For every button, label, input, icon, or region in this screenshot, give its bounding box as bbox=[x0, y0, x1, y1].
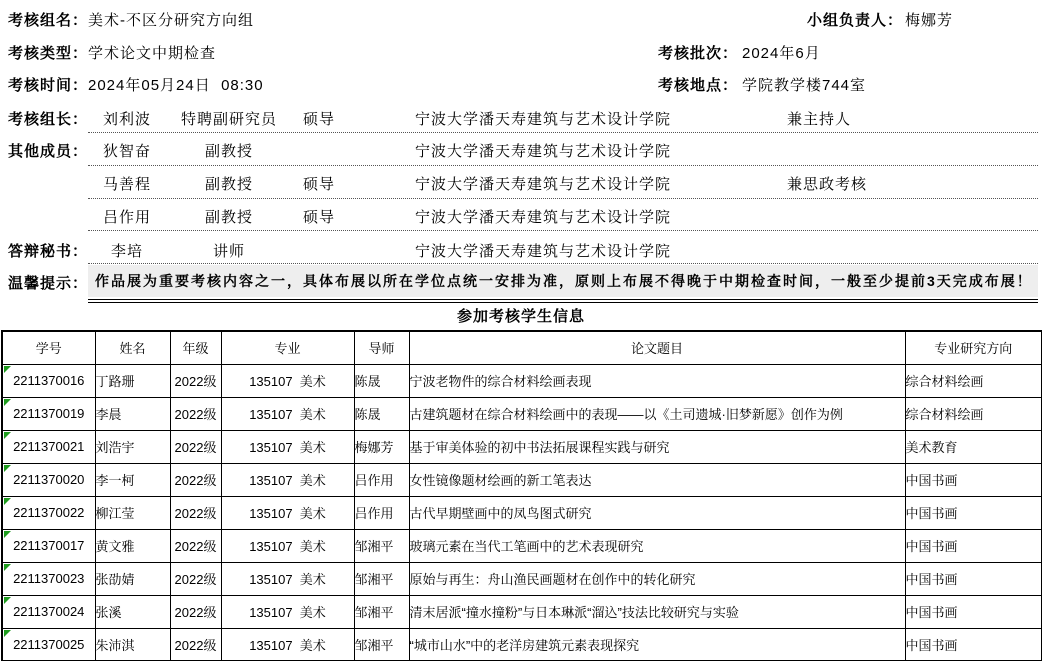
student-id-cell: 2211370019 bbox=[2, 397, 95, 430]
member-name: 刘利波 bbox=[87, 108, 167, 129]
table-row: 2211370023 张劭婧 2022级 135107 美术 邹湘平 原始与再生… bbox=[2, 562, 1042, 595]
dotted-divider bbox=[88, 263, 1038, 264]
committee-row: 吕作用 副教授 硕导 宁波大学潘天寿建筑与艺术设计学院 bbox=[0, 206, 1042, 228]
table-header-row: 学号 姓名 年级 专业 导师 论文题目 专业研究方向 bbox=[2, 331, 1042, 364]
student-name-cell: 刘浩宇 bbox=[95, 430, 170, 463]
advisor-cell: 吕作用 bbox=[354, 496, 409, 529]
research-field-cell: 中国书画 bbox=[905, 463, 1042, 496]
excel-flag-icon bbox=[4, 531, 11, 538]
dotted-divider bbox=[88, 198, 1038, 199]
thesis-title-cell: 清末居派“撞水撞粉”与日本琳派“溜込”技法比较研究与实验 bbox=[409, 595, 905, 628]
excel-flag-icon bbox=[4, 366, 11, 373]
major-cell: 135107 美术 bbox=[221, 496, 354, 529]
location-value: 学院教学楼744室 bbox=[742, 74, 866, 95]
grade-cell: 2022级 bbox=[170, 595, 221, 628]
research-field-cell: 中国书画 bbox=[905, 595, 1042, 628]
batch-label: 考核批次： bbox=[658, 42, 738, 63]
table-row: 2211370022 柳江莹 2022级 135107 美术 吕作用 古代早期壁… bbox=[2, 496, 1042, 529]
student-name-cell: 李一柯 bbox=[95, 463, 170, 496]
table-row: 2211370017 黄文雅 2022级 135107 美术 邹湘平 玻璃元素在… bbox=[2, 529, 1042, 562]
table-row: 2211370020 李一柯 2022级 135107 美术 吕作用 女性镜像题… bbox=[2, 463, 1042, 496]
col-header-student-id: 学号 bbox=[2, 331, 95, 364]
major-cell: 135107 美术 bbox=[221, 430, 354, 463]
member-college: 宁波大学潘天寿建筑与艺术设计学院 bbox=[415, 240, 671, 261]
major-cell: 135107 美术 bbox=[221, 628, 354, 661]
research-field-cell: 中国书画 bbox=[905, 529, 1042, 562]
research-field-cell: 综合材料绘画 bbox=[905, 364, 1042, 397]
excel-flag-icon bbox=[4, 564, 11, 571]
committee-row: 答辩秘书： 李培 讲师 宁波大学潘天寿建筑与艺术设计学院 bbox=[0, 240, 1042, 262]
advisor-cell: 邹湘平 bbox=[354, 562, 409, 595]
member-name: 李培 bbox=[87, 240, 167, 261]
student-id-cell: 2211370016 bbox=[2, 364, 95, 397]
student-name-cell: 柳江莹 bbox=[95, 496, 170, 529]
member-title: 副教授 bbox=[179, 173, 279, 194]
student-name-cell: 李晨 bbox=[95, 397, 170, 430]
batch-value: 2024年6月 bbox=[742, 42, 821, 63]
member-college: 宁波大学潘天寿建筑与艺术设计学院 bbox=[415, 173, 671, 194]
excel-flag-icon bbox=[4, 465, 11, 472]
student-id-cell: 2211370025 bbox=[2, 628, 95, 661]
dotted-divider bbox=[88, 230, 1038, 231]
member-supervisor: 硕导 bbox=[289, 173, 349, 194]
research-field-cell: 中国书画 bbox=[905, 628, 1042, 661]
type-value: 学术论文中期检查 bbox=[88, 42, 216, 63]
col-header-advisor: 导师 bbox=[354, 331, 409, 364]
table-row: 2211370019 李晨 2022级 135107 美术 陈晟 古建筑题材在综… bbox=[2, 397, 1042, 430]
leader-value: 梅娜芳 bbox=[905, 9, 953, 30]
group-name-value: 美术-不区分研究方向组 bbox=[88, 9, 254, 30]
advisor-cell: 梅娜芳 bbox=[354, 430, 409, 463]
student-name-cell: 朱沛淇 bbox=[95, 628, 170, 661]
grade-cell: 2022级 bbox=[170, 364, 221, 397]
leader-label: 小组负责人： bbox=[807, 9, 903, 30]
student-name-cell: 丁路珊 bbox=[95, 364, 170, 397]
major-cell: 135107 美术 bbox=[221, 364, 354, 397]
member-college: 宁波大学潘天寿建筑与艺术设计学院 bbox=[415, 108, 671, 129]
location-label: 考核地点： bbox=[658, 74, 738, 95]
member-title: 副教授 bbox=[179, 140, 279, 161]
student-id-cell: 2211370017 bbox=[2, 529, 95, 562]
member-title: 副教授 bbox=[179, 206, 279, 227]
excel-flag-icon bbox=[4, 597, 11, 604]
excel-flag-icon bbox=[4, 399, 11, 406]
grade-cell: 2022级 bbox=[170, 397, 221, 430]
col-header-major: 专业 bbox=[221, 331, 354, 364]
grade-cell: 2022级 bbox=[170, 463, 221, 496]
student-name-cell: 张劭婧 bbox=[95, 562, 170, 595]
group-name-label: 考核组名： bbox=[8, 9, 88, 30]
time-label: 考核时间： bbox=[8, 74, 88, 95]
member-extra-role: 兼主持人 bbox=[787, 108, 851, 129]
students-table: 学号 姓名 年级 专业 导师 论文题目 专业研究方向 2211370016 丁路… bbox=[1, 330, 1042, 661]
grade-cell: 2022级 bbox=[170, 430, 221, 463]
advisor-cell: 邹湘平 bbox=[354, 628, 409, 661]
advisor-cell: 吕作用 bbox=[354, 463, 409, 496]
member-extra-role: 兼思政考核 bbox=[787, 173, 867, 194]
thesis-title-cell: 原始与再生：舟山渔民画题材在创作中的转化研究 bbox=[409, 562, 905, 595]
member-supervisor: 硕导 bbox=[289, 206, 349, 227]
table-row: 2211370021 刘浩宇 2022级 135107 美术 梅娜芳 基于审美体… bbox=[2, 430, 1042, 463]
thesis-title-cell: 古代早期壁画中的凤鸟图式研究 bbox=[409, 496, 905, 529]
col-header-name: 姓名 bbox=[95, 331, 170, 364]
committee-role-label: 考核组长： bbox=[8, 108, 88, 129]
grade-cell: 2022级 bbox=[170, 529, 221, 562]
excel-flag-icon bbox=[4, 498, 11, 505]
student-id-cell: 2211370021 bbox=[2, 430, 95, 463]
notice-label: 温馨提示： bbox=[8, 272, 88, 293]
research-field-cell: 中国书画 bbox=[905, 562, 1042, 595]
member-title: 讲师 bbox=[179, 240, 279, 261]
col-header-thesis-title: 论文题目 bbox=[409, 331, 905, 364]
member-college: 宁波大学潘天寿建筑与艺术设计学院 bbox=[415, 206, 671, 227]
grade-cell: 2022级 bbox=[170, 496, 221, 529]
advisor-cell: 邹湘平 bbox=[354, 529, 409, 562]
committee-row: 马善程 副教授 硕导 宁波大学潘天寿建筑与艺术设计学院 兼思政考核 bbox=[0, 173, 1042, 195]
assessment-sheet: 考核组名： 美术-不区分研究方向组 小组负责人： 梅娜芳 考核类型： 学术论文中… bbox=[0, 0, 1042, 661]
thesis-title-cell: 玻璃元素在当代工笔画中的艺术表现研究 bbox=[409, 529, 905, 562]
committee-role-label: 答辩秘书： bbox=[8, 240, 88, 261]
double-divider bbox=[88, 299, 1038, 303]
member-name: 马善程 bbox=[87, 173, 167, 194]
committee-row: 考核组长： 刘利波 特聘副研究员 硕导 宁波大学潘天寿建筑与艺术设计学院 兼主持… bbox=[0, 108, 1042, 130]
student-name-cell: 黄文雅 bbox=[95, 529, 170, 562]
table-row: 2211370024 张溪 2022级 135107 美术 邹湘平 清末居派“撞… bbox=[2, 595, 1042, 628]
member-title: 特聘副研究员 bbox=[179, 108, 279, 129]
committee-row: 其他成员： 狄智奋 副教授 宁波大学潘天寿建筑与艺术设计学院 bbox=[0, 140, 1042, 162]
major-cell: 135107 美术 bbox=[221, 562, 354, 595]
dotted-divider bbox=[88, 165, 1038, 166]
thesis-title-cell: 基于审美体验的初中书法拓展课程实践与研究 bbox=[409, 430, 905, 463]
excel-flag-icon bbox=[4, 432, 11, 439]
time-value: 2024年05月24日 08:30 bbox=[88, 74, 264, 95]
research-field-cell: 中国书画 bbox=[905, 496, 1042, 529]
advisor-cell: 陈晟 bbox=[354, 364, 409, 397]
member-name: 吕作用 bbox=[87, 206, 167, 227]
grade-cell: 2022级 bbox=[170, 628, 221, 661]
type-label: 考核类型： bbox=[8, 42, 88, 63]
table-row: 2211370025 朱沛淇 2022级 135107 美术 邹湘平 “城市山水… bbox=[2, 628, 1042, 661]
student-name-cell: 张溪 bbox=[95, 595, 170, 628]
student-id-cell: 2211370020 bbox=[2, 463, 95, 496]
dotted-divider bbox=[88, 132, 1038, 133]
advisor-cell: 陈晟 bbox=[354, 397, 409, 430]
member-supervisor: 硕导 bbox=[289, 108, 349, 129]
table-row: 2211370016 丁路珊 2022级 135107 美术 陈晟 宁波老物件的… bbox=[2, 364, 1042, 397]
advisor-cell: 邹湘平 bbox=[354, 595, 409, 628]
major-cell: 135107 美术 bbox=[221, 529, 354, 562]
student-id-cell: 2211370024 bbox=[2, 595, 95, 628]
notice-text: 作品展为重要考核内容之一，具体布展以所在学位点统一安排为准，原则上布展不得晚于中… bbox=[88, 265, 1038, 297]
students-section-title: 参加考核学生信息 bbox=[0, 305, 1042, 326]
col-header-grade: 年级 bbox=[170, 331, 221, 364]
thesis-title-cell: 宁波老物件的综合材料绘画表现 bbox=[409, 364, 905, 397]
student-id-cell: 2211370022 bbox=[2, 496, 95, 529]
research-field-cell: 综合材料绘画 bbox=[905, 397, 1042, 430]
committee-role-label: 其他成员： bbox=[8, 140, 88, 161]
col-header-research-field: 专业研究方向 bbox=[905, 331, 1042, 364]
student-id-cell: 2211370023 bbox=[2, 562, 95, 595]
member-college: 宁波大学潘天寿建筑与艺术设计学院 bbox=[415, 140, 671, 161]
major-cell: 135107 美术 bbox=[221, 595, 354, 628]
research-field-cell: 美术教育 bbox=[905, 430, 1042, 463]
major-cell: 135107 美术 bbox=[221, 397, 354, 430]
member-name: 狄智奋 bbox=[87, 140, 167, 161]
thesis-title-cell: 古建筑题材在综合材料绘画中的表现——以《土司遗城·旧梦新愿》创作为例 bbox=[409, 397, 905, 430]
thesis-title-cell: “城市山水”中的老洋房建筑元素表现探究 bbox=[409, 628, 905, 661]
thesis-title-cell: 女性镜像题材绘画的新工笔表达 bbox=[409, 463, 905, 496]
major-cell: 135107 美术 bbox=[221, 463, 354, 496]
excel-flag-icon bbox=[4, 630, 11, 637]
grade-cell: 2022级 bbox=[170, 562, 221, 595]
